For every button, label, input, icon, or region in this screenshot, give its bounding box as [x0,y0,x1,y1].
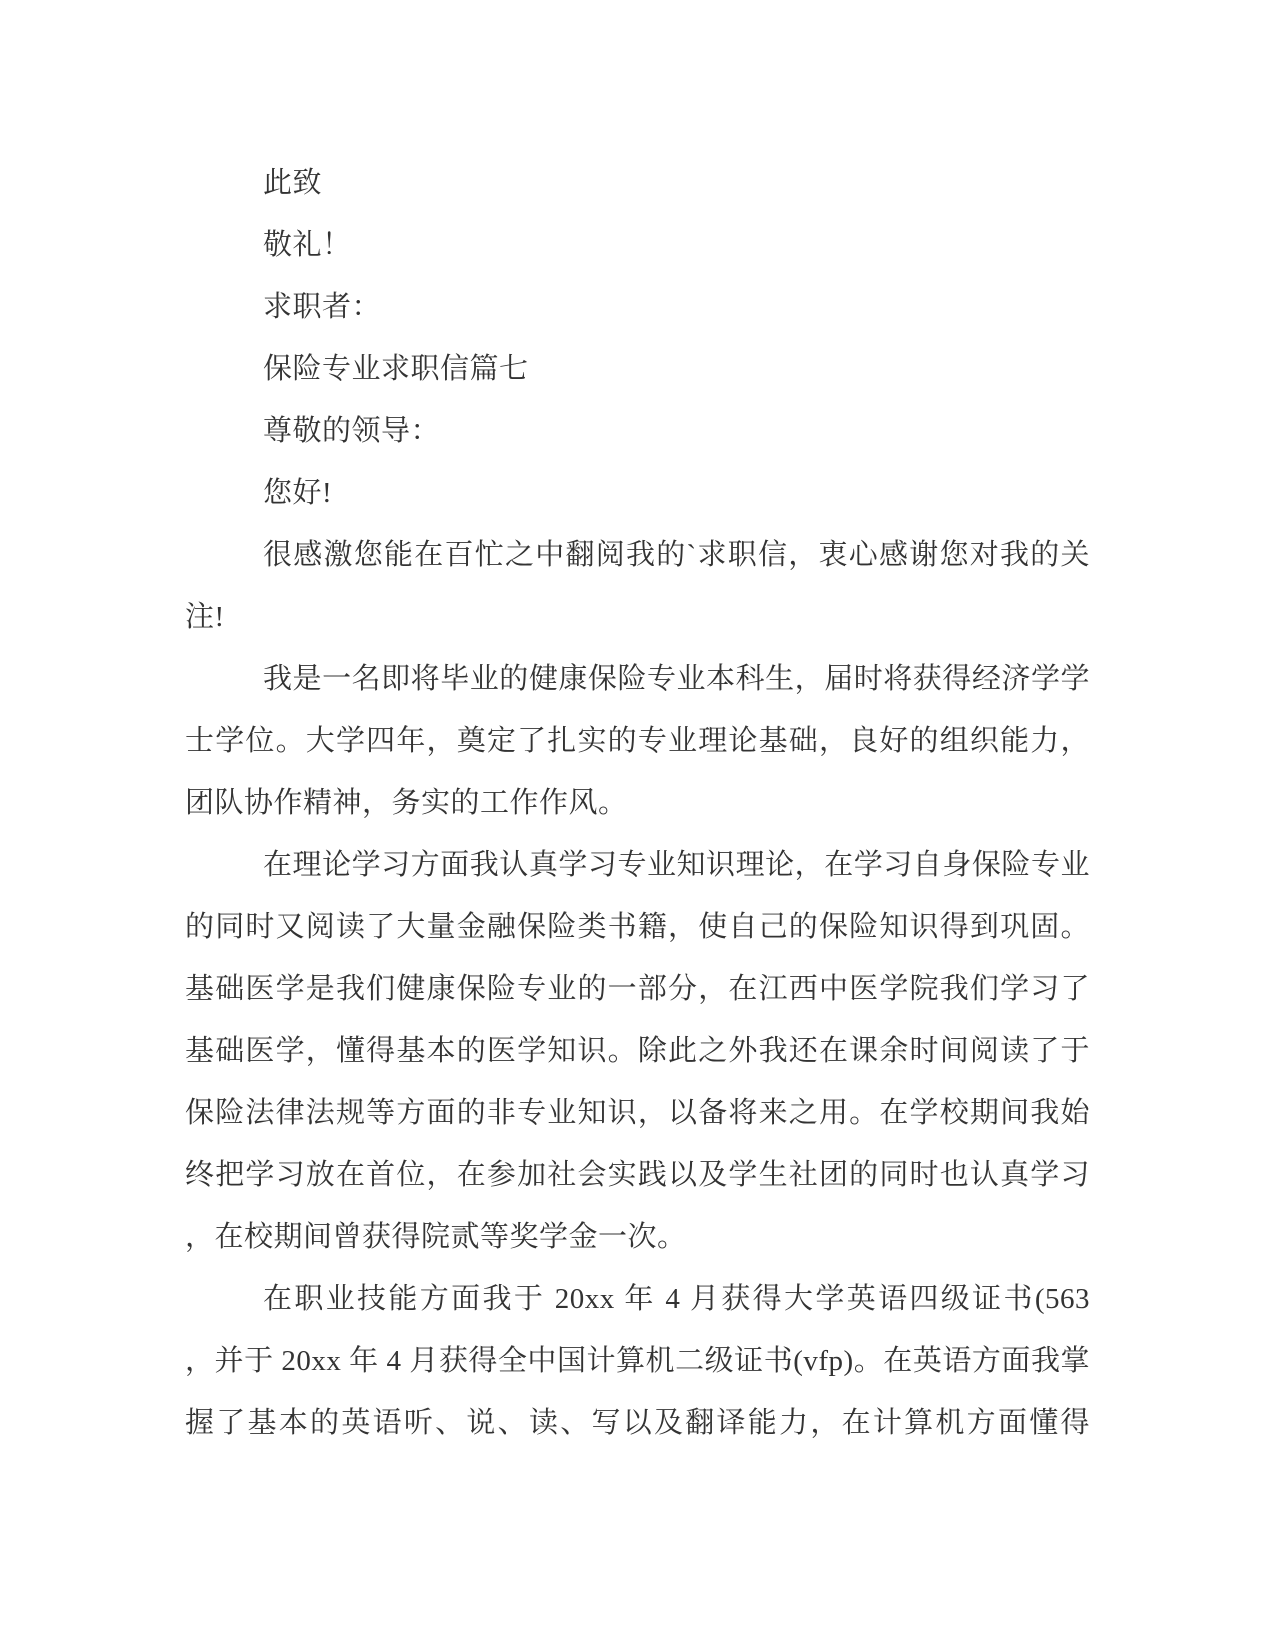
text-line: 此致 [185,152,1090,214]
text-line: 在理论学习方面我认真学习专业知识理论，在学习自身保险专业 [185,834,1090,896]
text-line: 注! [185,586,1090,648]
text-line: 握了基本的英语听、说、读、写以及翻译能力，在计算机方面懂得 dos [185,1392,1090,1454]
text-line: 基础医学是我们健康保险专业的一部分，在江西中医学院我们学习了 [185,958,1090,1020]
text-line: 的同时又阅读了大量金融保险类书籍，使自己的保险知识得到巩固。 [185,896,1090,958]
text-line: 保险法律法规等方面的非专业知识，以备将来之用。在学校期间我始 [185,1082,1090,1144]
text-line: ，并于 20xx 年 4 月获得全中国计算机二级证书(vfp)。在英语方面我掌 [185,1330,1090,1392]
document-page: 此致 敬礼！ 求职者： 保险专业求职信篇七 尊敬的领导： 您好! 很感激您能在百… [0,0,1275,1650]
text-line: 终把学习放在首位，在参加社会实践以及学生社团的同时也认真学习 [185,1144,1090,1206]
text-line: 基础医学，懂得基本的医学知识。除此之外我还在课余时间阅读了于 [185,1020,1090,1082]
text-line: 保险专业求职信篇七 [185,338,1090,400]
text-line: 很感激您能在百忙之中翻阅我的`求职信，衷心感谢您对我的关 [185,524,1090,586]
text-line: ，在校期间曾获得院贰等奖学金一次。 [185,1206,1090,1268]
text-line: 求职者： [185,276,1090,338]
text-line: 士学位。大学四年，奠定了扎实的专业理论基础，良好的组织能力， [185,710,1090,772]
text-line: 我是一名即将毕业的健康保险专业本科生，届时将获得经济学学 [185,648,1090,710]
text-line: 团队协作精神，务实的工作作风。 [185,772,1090,834]
text-line: 尊敬的领导： [185,400,1090,462]
text-line: 在职业技能方面我于 20xx 年 4 月获得大学英语四级证书(563 分) [185,1268,1090,1330]
text-line: 敬礼！ [185,214,1090,276]
letter-body: 此致 敬礼！ 求职者： 保险专业求职信篇七 尊敬的领导： 您好! 很感激您能在百… [185,152,1090,1454]
text-line: 您好! [185,462,1090,524]
